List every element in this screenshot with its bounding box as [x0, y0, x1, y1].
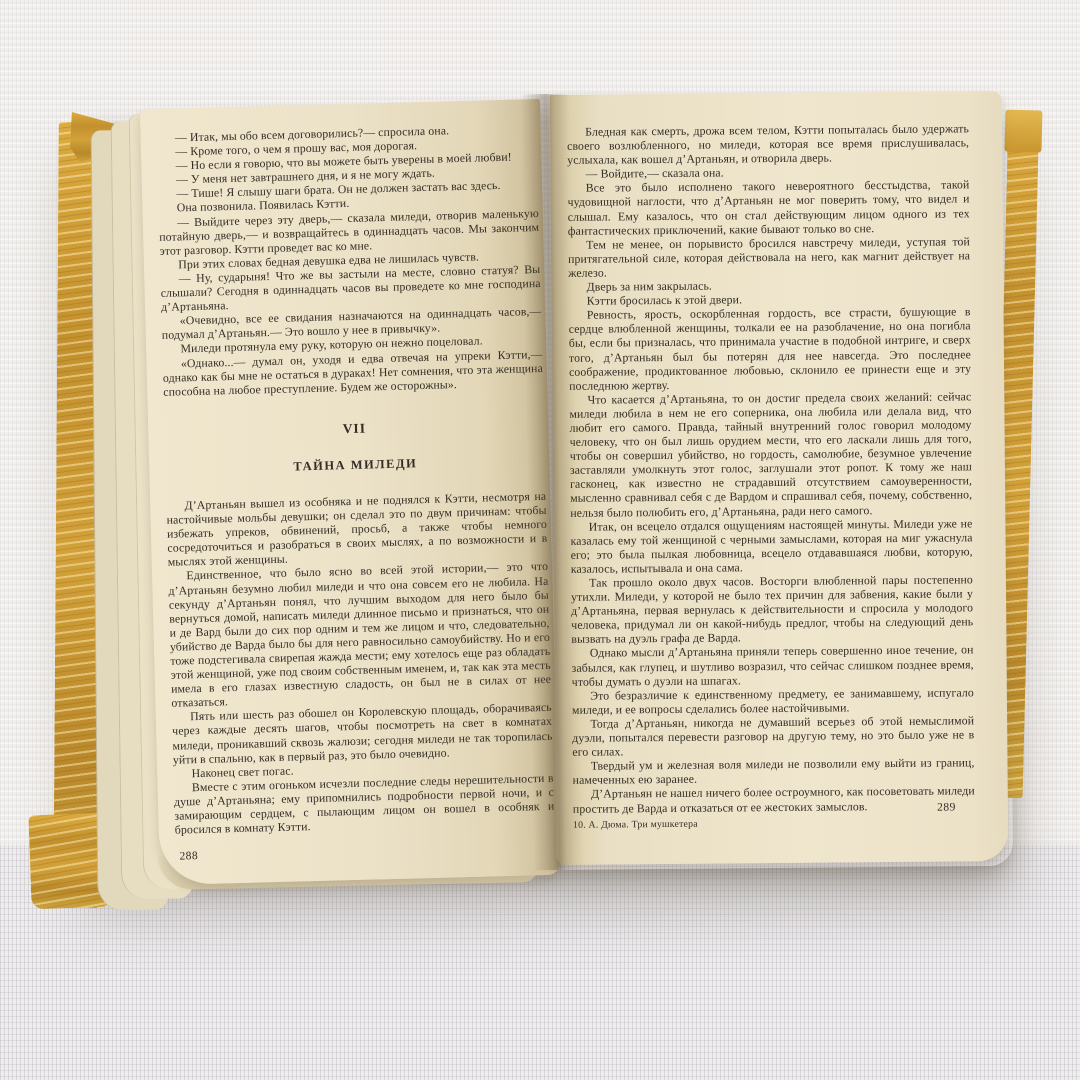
paragraph: Тогда д’Артаньян, никогда не думавший вс…	[572, 713, 974, 759]
right-page-text: Бледная как смерть, дрожа всем телом, Кэ…	[567, 121, 975, 815]
printers-signature-note: 10. А. Дюма. Три мушкетера	[573, 819, 698, 831]
paragraph: Так прошло около двух часов. Восторги вл…	[571, 572, 974, 646]
left-page-text: — Итак, мы обо всем договорились?— спрос…	[156, 121, 554, 837]
chapter-title: ТАЙНА МИЛЕДИ	[165, 453, 545, 477]
chapter-number: VII	[164, 417, 544, 441]
photo-of-open-book: — Итак, мы обо всем договорились?— спрос…	[0, 0, 1080, 1080]
paragraph: Тем не менее, он порывисто бросился навс…	[568, 234, 970, 280]
chapter-heading: VII ТАЙНА МИЛЕДИ	[164, 417, 545, 477]
dialogue-block: — Итак, мы обо всем договорились?— спрос…	[156, 121, 543, 399]
paragraph: Единственное, что было ясно во всей этой…	[168, 559, 552, 710]
right-page: Бледная как смерть, дрожа всем телом, Кэ…	[550, 91, 1009, 865]
page-number-left: 288	[179, 850, 198, 862]
paragraph: Д’Артаньян не нашел ничего более остроум…	[573, 784, 975, 816]
paragraph: Ревность, ярость, оскорбленная гордость,…	[569, 305, 972, 393]
paragraph: Твердый ум и железная воля миледи не поз…	[572, 756, 974, 788]
left-page: — Итак, мы обо всем договорились?— спрос…	[140, 99, 560, 885]
paragraph: Что касается д’Артаньяна, то он достиг п…	[569, 389, 972, 519]
paragraph: Д’Артаньян вышел из особняка и не поднял…	[166, 489, 548, 569]
paragraph: Вместе с этим огоньком исчезли последние…	[173, 771, 554, 837]
chapter-body-block: Д’Артаньян вышел из особняка и не поднял…	[166, 489, 555, 837]
page-number-right: 289	[937, 801, 956, 813]
paragraph: Итак, он всецело отдался ощущениям насто…	[570, 516, 972, 576]
paragraph: Бледная как смерть, дрожа всем телом, Кэ…	[567, 121, 969, 167]
paragraph: Это безразличие к единственному предмету…	[572, 685, 974, 717]
paragraph: Все это было исполнено такого невероятно…	[567, 178, 969, 238]
paragraph: Пять или шесть раз обошел он Королевскую…	[172, 700, 553, 766]
paragraph: Однако мысли д’Артаньяна приняли теперь …	[571, 643, 973, 689]
